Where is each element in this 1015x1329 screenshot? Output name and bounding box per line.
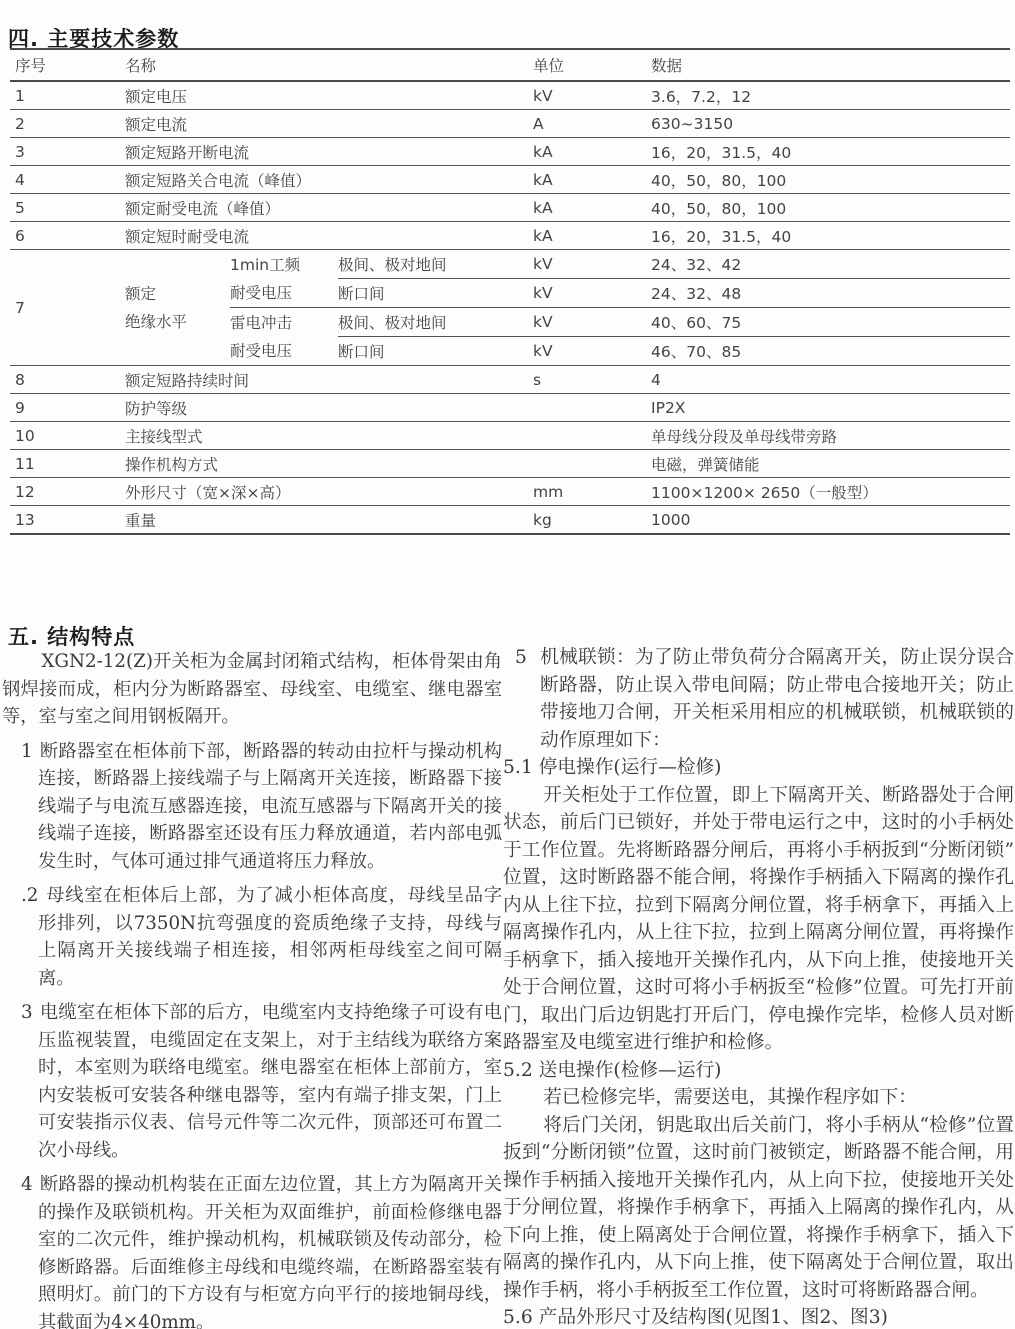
- cell-seq: 10: [10, 422, 125, 450]
- cell-seq: 11: [10, 450, 125, 478]
- cell-data: 40，50，80，100: [651, 194, 1010, 222]
- cell-data: 630~3150: [651, 110, 1010, 138]
- cell-scope: 极间、极对地间: [338, 250, 533, 279]
- cell-seq: 2: [10, 110, 125, 138]
- cell-unit: kV: [533, 337, 651, 366]
- item-text: 断路器室在柜体前下部，断路器的转动由拉杆与操动机构连接，断路器上接线端子与上隔离…: [38, 741, 502, 872]
- table-row: 8 额定短路持续时间 s 4: [10, 366, 1010, 394]
- cell-data: 1100×1200× 2650（一般型）: [651, 478, 1010, 506]
- table-row: 2 额定电流 A 630~3150: [10, 110, 1010, 138]
- cell-group-label: 1min工频 耐受电压: [230, 250, 338, 308]
- cell-data: 16，20，31.5，40: [651, 222, 1010, 250]
- paragraph-5-1: 开关柜处于工作位置，即上下隔离开关、断路器处于合闸状态，前后门已锁好，并处于带电…: [503, 782, 1014, 1057]
- cell-data: IP2X: [651, 394, 1010, 422]
- cell-unit: kV: [533, 81, 651, 110]
- cell-unit: kV: [533, 250, 651, 279]
- cell-data: 40，50，80，100: [651, 166, 1010, 194]
- cell-name: 额定短时耐受电流: [125, 222, 533, 250]
- table-row: 1 额定电压 kV 3.6，7.2，12: [10, 81, 1010, 110]
- heading-5-1: 5.1 停电操作(运行—检修): [503, 754, 1014, 782]
- cell-name: 主接线型式: [125, 422, 533, 450]
- cell-seq: 3: [10, 138, 125, 166]
- cell-unit: [533, 422, 651, 450]
- cell-data: 40、60、75: [651, 308, 1010, 337]
- table-row: 4 额定短路关合电流（峰值） kA 40，50，80，100: [10, 166, 1010, 194]
- cell-name: 外形尺寸（宽×深×高）: [125, 478, 533, 506]
- cell-seq: 5: [10, 194, 125, 222]
- cell-name: 额定短路开断电流: [125, 138, 533, 166]
- cell-name: 额定电压: [125, 81, 533, 110]
- technical-parameters-table: 序号 名称 单位 数据 1 额定电压 kV 3.6，7.2，12 2 额定电流 …: [10, 48, 1010, 535]
- item-number: 5: [515, 647, 527, 668]
- cell-name: 重量: [125, 506, 533, 535]
- table-row: 13 重量 kg 1000: [10, 506, 1010, 535]
- item-text: 母线室在柜体后上部，为了减小柜体高度，母线呈品字形排列，以7350N抗弯强度的瓷…: [38, 885, 502, 989]
- structure-item-1: 1断路器室在柜体前下部，断路器的转动由拉杆与操动机构连接，断路器上接线端子与上隔…: [2, 738, 502, 876]
- heading-5-6: 5.6 产品外形尺寸及结构图(见图1、图2、图3): [503, 1304, 1014, 1329]
- structure-item-5: 5机械联锁：为了防止带负荷分合隔离开关，防止误分误合断路器，防止误入带电间隔；防…: [503, 644, 1014, 754]
- cell-data: 4: [651, 366, 1010, 394]
- cell-name: 额定短路关合电流（峰值）: [125, 166, 533, 194]
- cell-unit: [533, 394, 651, 422]
- cell-data: 1000: [651, 506, 1010, 535]
- cell-scope: 断口间: [338, 279, 533, 308]
- structure-item-3: 3电缆室在柜体下部的后方，电缆室内支持绝缘子可设有电压监视装置，电缆固定在支架上…: [2, 999, 502, 1164]
- cell-data: 24、32、48: [651, 279, 1010, 308]
- cell-data: 3.6，7.2，12: [651, 81, 1010, 110]
- item-text: 电缆室在柜体下部的后方，电缆室内支持绝缘子可设有电压监视装置，电缆固定在支架上，…: [38, 1002, 502, 1161]
- table-row: 11 操作机构方式 电磁，弹簧储能: [10, 450, 1010, 478]
- table-row: 10 主接线型式 单母线分段及单母线带旁路: [10, 422, 1010, 450]
- structure-intro-paragraph: XGN2-12(Z)开关柜为金属封闭箱式结构，柜体骨架由角钢焊接而成，柜内分为断…: [2, 648, 502, 731]
- cell-unit: kV: [533, 308, 651, 337]
- cell-seq: 4: [10, 166, 125, 194]
- structure-left-column: XGN2-12(Z)开关柜为金属封闭箱式结构，柜体骨架由角钢焊接而成，柜内分为断…: [2, 648, 502, 1329]
- cell-seq: 12: [10, 478, 125, 506]
- table-row: 6 额定短时耐受电流 kA 16，20，31.5，40: [10, 222, 1010, 250]
- paragraph-5-2-a: 若已检修完毕，需要送电，其操作程序如下：: [503, 1084, 1014, 1112]
- cell-seq: 7: [10, 250, 125, 366]
- cell-unit: kg: [533, 506, 651, 535]
- cell-unit: [533, 450, 651, 478]
- cell-seq: 8: [10, 366, 125, 394]
- cell-seq: 13: [10, 506, 125, 535]
- structure-item-4: 4断路器的操动机构装在正面左边位置，其上方为隔离开关的操作及联锁机构。开关柜为双…: [2, 1171, 502, 1329]
- table-row: 12 外形尺寸（宽×深×高） mm 1100×1200× 2650（一般型）: [10, 478, 1010, 506]
- cell-name: 防护等级: [125, 394, 533, 422]
- structure-right-column: 5机械联锁：为了防止带负荷分合隔离开关，防止误分误合断路器，防止误入带电间隔；防…: [503, 644, 1014, 1329]
- item-number: .2: [21, 885, 38, 906]
- item-number: 3: [21, 1002, 33, 1023]
- cell-data: 单母线分段及单母线带旁路: [651, 422, 1010, 450]
- item-number: 4: [21, 1174, 33, 1195]
- cell-scope: 极间、极对地间: [338, 308, 533, 337]
- cell-scope: 断口间: [338, 337, 533, 366]
- cell-group-label: 雷电冲击 耐受电压: [230, 308, 338, 366]
- cell-seq: 1: [10, 81, 125, 110]
- table-row-7-sub1: 7 额定 绝缘水平 1min工频 耐受电压 极间、极对地间 kV 24、32、4…: [10, 250, 1010, 279]
- cell-name: 额定短路持续时间: [125, 366, 533, 394]
- header-data: 数据: [651, 49, 1010, 81]
- cell-data: 46、70、85: [651, 337, 1010, 366]
- table-header-row: 序号 名称 单位 数据: [10, 49, 1010, 81]
- cell-name: 操作机构方式: [125, 450, 533, 478]
- item-text: 断路器的操动机构装在正面左边位置，其上方为隔离开关的操作及联锁机构。开关柜为双面…: [38, 1174, 502, 1329]
- paragraph-5-2-b: 将后门关闭，钥匙取出后关前门，将小手柄从“检修”位置扳到“分断闭锁”位置，这时前…: [503, 1112, 1014, 1305]
- cell-unit: mm: [533, 478, 651, 506]
- cell-name: 额定电流: [125, 110, 533, 138]
- cell-data: 电磁，弹簧储能: [651, 450, 1010, 478]
- cell-seq: 6: [10, 222, 125, 250]
- cell-name: 额定耐受电流（峰值）: [125, 194, 533, 222]
- cell-seq: 9: [10, 394, 125, 422]
- section5-title: 五. 结构特点: [8, 621, 135, 651]
- cell-unit: kA: [533, 222, 651, 250]
- cell-unit: kV: [533, 279, 651, 308]
- header-seq: 序号: [10, 49, 125, 81]
- table-row: 9 防护等级 IP2X: [10, 394, 1010, 422]
- cell-unit: kA: [533, 166, 651, 194]
- table-row: 3 额定短路开断电流 kA 16，20，31.5，40: [10, 138, 1010, 166]
- structure-item-2: .2母线室在柜体后上部，为了减小柜体高度，母线呈品字形排列，以7350N抗弯强度…: [2, 882, 502, 992]
- cell-name: 额定 绝缘水平: [125, 250, 230, 366]
- cell-unit: A: [533, 110, 651, 138]
- cell-unit: s: [533, 366, 651, 394]
- heading-5-2: 5.2 送电操作(检修—运行): [503, 1057, 1014, 1085]
- cell-data: 16，20，31.5，40: [651, 138, 1010, 166]
- cell-unit: kA: [533, 138, 651, 166]
- cell-data: 24、32、42: [651, 250, 1010, 279]
- header-unit: 单位: [533, 49, 651, 81]
- table-row: 5 额定耐受电流（峰值） kA 40，50，80，100: [10, 194, 1010, 222]
- cell-unit: kA: [533, 194, 651, 222]
- header-name: 名称: [125, 49, 533, 81]
- item-number: 1: [21, 741, 33, 762]
- item-text: 机械联锁：为了防止带负荷分合隔离开关，防止误分误合断路器，防止误入带电间隔；防止…: [540, 647, 1014, 751]
